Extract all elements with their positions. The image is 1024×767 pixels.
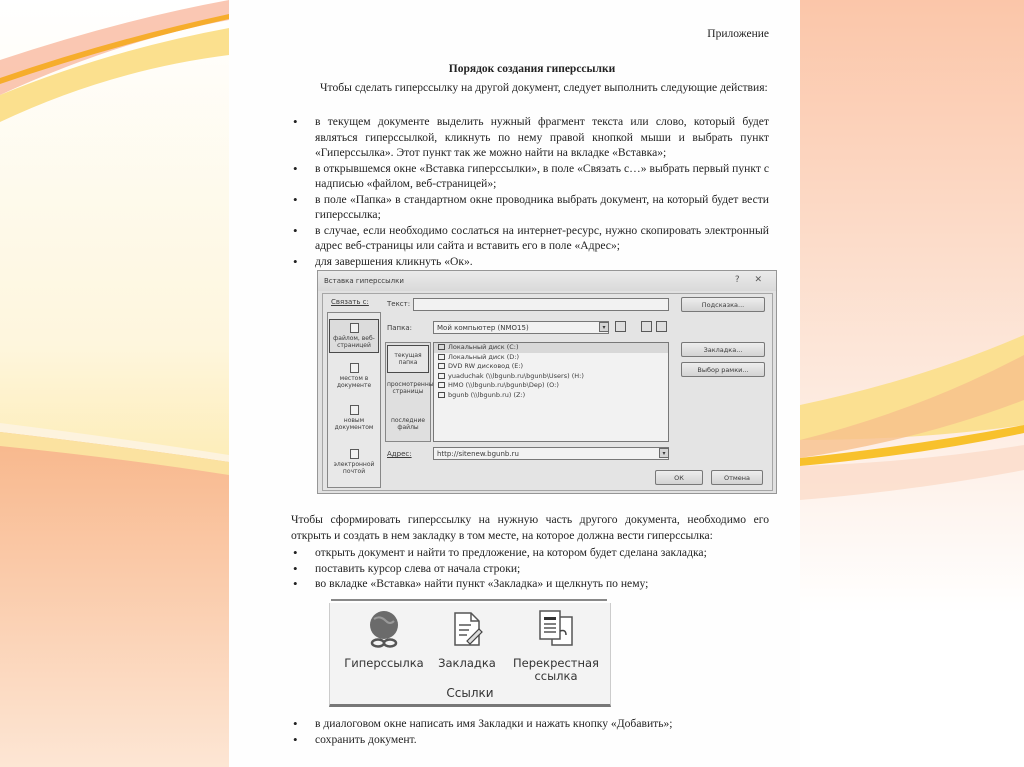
bookmark-intro-paragraph: Чтобы сформировать гиперссылку на нужную… [291,512,769,543]
cancel-button[interactable]: Отмена [711,470,763,485]
tooltip-button[interactable]: Подсказка... [681,297,765,312]
link-to-label: Связать с: [331,298,369,306]
link-to-email[interactable]: электронной почтой [329,449,379,475]
subnav-recent-files[interactable]: последние файлы [387,417,429,431]
dialog-title: Вставка гиперссылки [324,277,404,285]
link-to-panel: файлом, веб-страницей местом в документе… [327,312,381,488]
link-to-file-web-page[interactable]: файлом, веб-страницей [329,319,379,353]
list-item: в поле «Папка» в стандартном окне провод… [293,192,769,223]
bookmark-button[interactable]: Закладка... [681,342,765,357]
drive-icon [438,344,445,350]
list-item[interactable]: DVD RW дисковод (E:) [434,362,668,372]
hyperlink-label: Гиперссылка [344,656,423,670]
page-title: Порядок создания гиперссылки [229,62,800,78]
text-field[interactable] [413,298,669,311]
address-label: Адрес: [387,450,412,458]
help-close-icon[interactable]: ? ✕ [735,275,768,285]
appendix-label: Приложение [699,27,769,43]
folder-dropdown-arrow-icon[interactable]: ▾ [599,322,609,332]
bookmark-ribbon-button[interactable]: Закладка [430,609,504,670]
email-icon [350,449,359,459]
drive-icon [438,354,445,360]
ok-button[interactable]: ОК [655,470,703,485]
web-page-icon [350,323,359,333]
dvd-drive-icon [438,363,445,369]
subnav-browsed-pages[interactable]: просмотренные страницы [387,381,429,395]
folder-label: Папка: [387,324,412,332]
list-item: в открывшемся окне «Вставка гиперссылки»… [293,161,769,192]
ribbon-group-label: Ссылки [330,686,610,700]
list-item: во вкладке «Вставка» найти пункт «Заклад… [293,576,769,592]
network-drive-icon [438,392,445,398]
hyperlink-globe-icon [366,609,402,649]
ribbon-links-group-screenshot: Гиперссылка Закладка Пе [329,603,611,707]
document-place-icon [350,363,359,373]
list-item: открыть документ и найти то предложение,… [293,545,769,561]
list-item[interactable]: Локальный диск (D:) [434,353,668,363]
ribbon-divider [331,599,607,601]
cross-reference-label: Перекрестная ссылка [513,656,599,683]
cross-reference-icon [536,609,576,649]
folder-select[interactable]: Мой компьютер (NMO15) [433,321,609,334]
bookmark-icon [449,609,485,649]
list-item: для завершения кликнуть «Ок». [293,254,769,270]
list-item[interactable]: НМО (\\lbgunb.ru\bgunb\Dep) (O:) [434,381,668,391]
bookmark-steps-list-continued: в диалоговом окне написать имя Закладки … [293,716,769,747]
new-document-icon [350,405,359,415]
list-item[interactable]: yuaduchak (\\lbgunb.ru\bgunb\Users) (H:) [434,372,668,382]
subnav-current-folder[interactable]: текущая папка [387,345,429,373]
hyperlink-ribbon-button[interactable]: Гиперссылка [340,609,428,670]
insert-hyperlink-dialog-screenshot: Вставка гиперссылки ? ✕ Связать с: файло… [317,270,777,494]
dialog-body: Связать с: файлом, веб-страницей местом … [322,293,773,491]
browse-file-icon[interactable] [656,321,667,332]
list-item: сохранить документ. [293,732,769,748]
list-item: в случае, если необходимо сослаться на и… [293,223,769,254]
list-item: в диалоговом окне написать имя Закладки … [293,716,769,732]
cross-reference-ribbon-button[interactable]: Перекрестная ссылка [506,609,606,683]
network-drive-icon [438,382,445,388]
address-dropdown-arrow-icon[interactable]: ▾ [659,448,669,458]
go-up-folder-icon[interactable] [615,321,626,332]
text-label: Текст: [387,300,410,308]
target-frame-button[interactable]: Выбор рамки... [681,362,765,377]
bookmark-label: Закладка [438,656,496,670]
list-item: в текущем документе выделить нужный фраг… [293,114,769,161]
list-item[interactable]: Локальный диск (C:) [434,343,668,353]
link-to-new-document[interactable]: новым документом [329,405,379,431]
intro-paragraph: Чтобы сделать гиперссылку на другой доку… [291,80,769,96]
bookmark-steps-list: открыть документ и найти то предложение,… [293,545,769,592]
document-page: Приложение Порядок создания гиперссылки … [229,0,800,767]
list-item: поставить курсор слева от начала строки; [293,561,769,577]
network-drive-icon [438,373,445,379]
address-field[interactable]: http://sitenew.bgunb.ru [433,447,669,460]
link-to-place-in-document[interactable]: местом в документе [329,363,379,389]
browse-subnav: текущая папка просмотренные страницы пос… [385,342,431,442]
list-item[interactable]: bgunb (\\lbgunb.ru) (Z:) [434,391,668,401]
steps-list: в текущем документе выделить нужный фраг… [293,114,769,269]
dialog-titlebar: Вставка гиперссылки ? ✕ [318,271,776,291]
file-list: Локальный диск (C:) Локальный диск (D:) … [433,342,669,442]
browse-web-icon[interactable] [641,321,652,332]
